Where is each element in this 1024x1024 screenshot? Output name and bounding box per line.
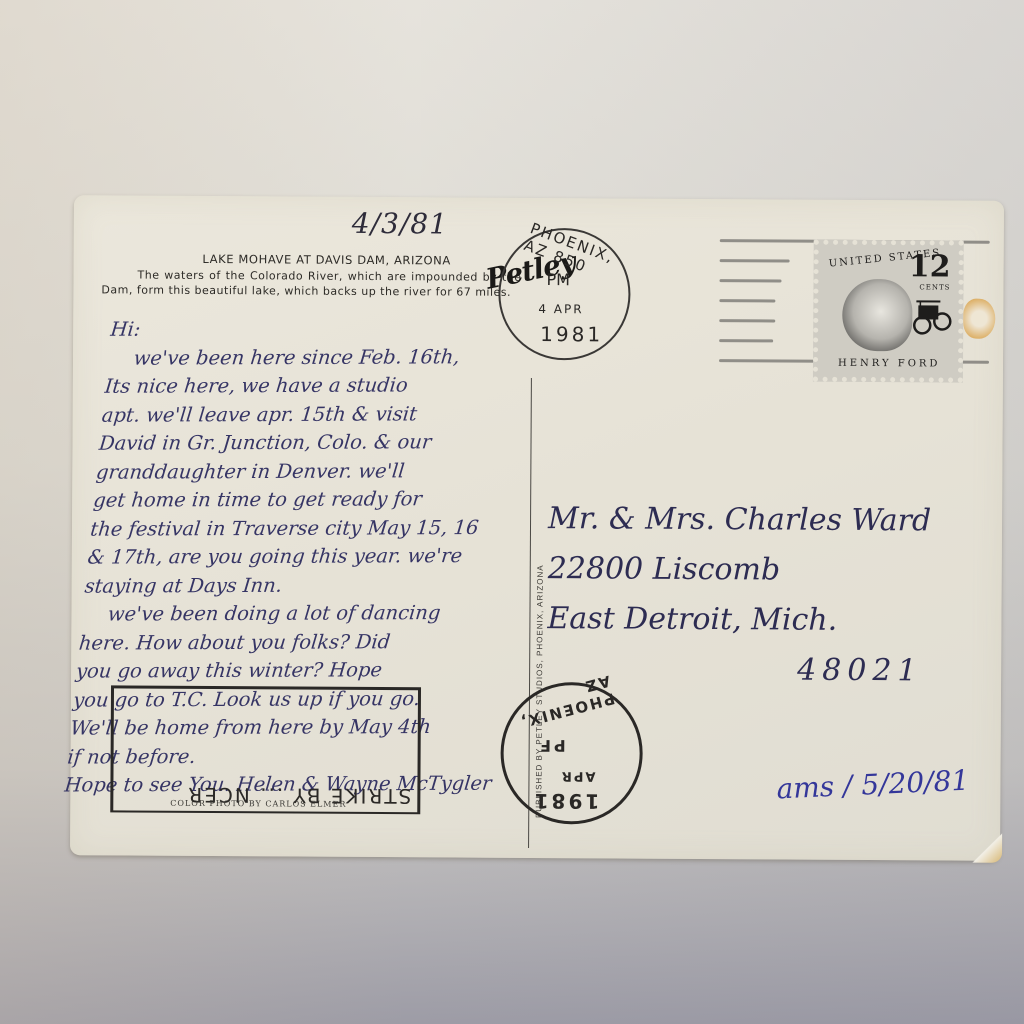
message-line: Its nice here, we have a studio <box>103 371 566 401</box>
address-street: 22800 Liscomb <box>548 544 931 596</box>
postmark-time: PM <box>546 270 570 289</box>
postmark-bottom: PHOENIX, AZ 1981 APR PF <box>500 682 643 825</box>
recipient-address: Mr. & Mrs. Charles Ward 22800 Liscomb Ea… <box>547 494 931 696</box>
message-line: Hi: <box>109 314 572 344</box>
model-t-car-icon <box>910 297 952 337</box>
postage-stamp: UNITED STATES 12 CENTS HENRY FORD <box>813 240 964 383</box>
handwritten-date: 4/3/81 <box>352 207 448 241</box>
address-zip: 48021 <box>547 644 930 696</box>
message-line: we've been here since Feb. 16th, <box>106 342 569 372</box>
message-line: staying at Days Inn. <box>83 570 546 600</box>
message-line: get home in time to get ready for <box>92 485 555 515</box>
message-line: granddaughter in Denver. we'll <box>95 456 558 486</box>
message-line: & 17th, are you going this year. we're <box>86 542 549 572</box>
message-line: you go away this winter? Hope <box>75 656 538 686</box>
message-line: apt. we'll leave apr. 15th & visit <box>100 399 563 429</box>
postmark-year: 1981 <box>532 789 600 813</box>
tape-residue <box>963 299 995 339</box>
postmark-month: APR <box>560 768 596 783</box>
received-note: ams / 5/20/81 <box>776 764 970 806</box>
strike-rubber-stamp: STRIKE BY ... NCER <box>110 685 421 814</box>
stamp-unit: CENTS <box>919 283 950 291</box>
stamp-name: HENRY FORD <box>838 358 941 370</box>
caption-title: LAKE MOHAVE AT DAVIS DAM, ARIZONA <box>102 251 522 268</box>
postcard: 4/3/81 LAKE MOHAVE AT DAVIS DAM, ARIZONA… <box>70 195 1004 861</box>
postmark-city: PHOENIX, AZ 850 <box>522 219 632 289</box>
message-line: here. How about you folks? Did <box>78 627 541 657</box>
message-line: David in Gr. Junction, Colo. & our <box>98 428 561 458</box>
address-name: Mr. & Mrs. Charles Ward <box>548 494 931 546</box>
portrait-icon <box>842 279 912 351</box>
caption-body: The waters of the Colorado River, which … <box>101 267 521 300</box>
message-line: we've been doing a lot of dancing <box>80 599 543 629</box>
postcard-caption: LAKE MOHAVE AT DAVIS DAM, ARIZONA The wa… <box>101 251 521 300</box>
message-line: the festival in Traverse city May 15, 16 <box>89 513 552 543</box>
corner-wear <box>972 833 1002 863</box>
stamp-value: 12 <box>909 249 951 284</box>
address-city: East Detroit, Mich. <box>547 594 930 646</box>
postmark-time: PF <box>537 736 566 755</box>
photo-credit: COLOR PHOTO BY CARLOS ELMER <box>170 799 346 809</box>
